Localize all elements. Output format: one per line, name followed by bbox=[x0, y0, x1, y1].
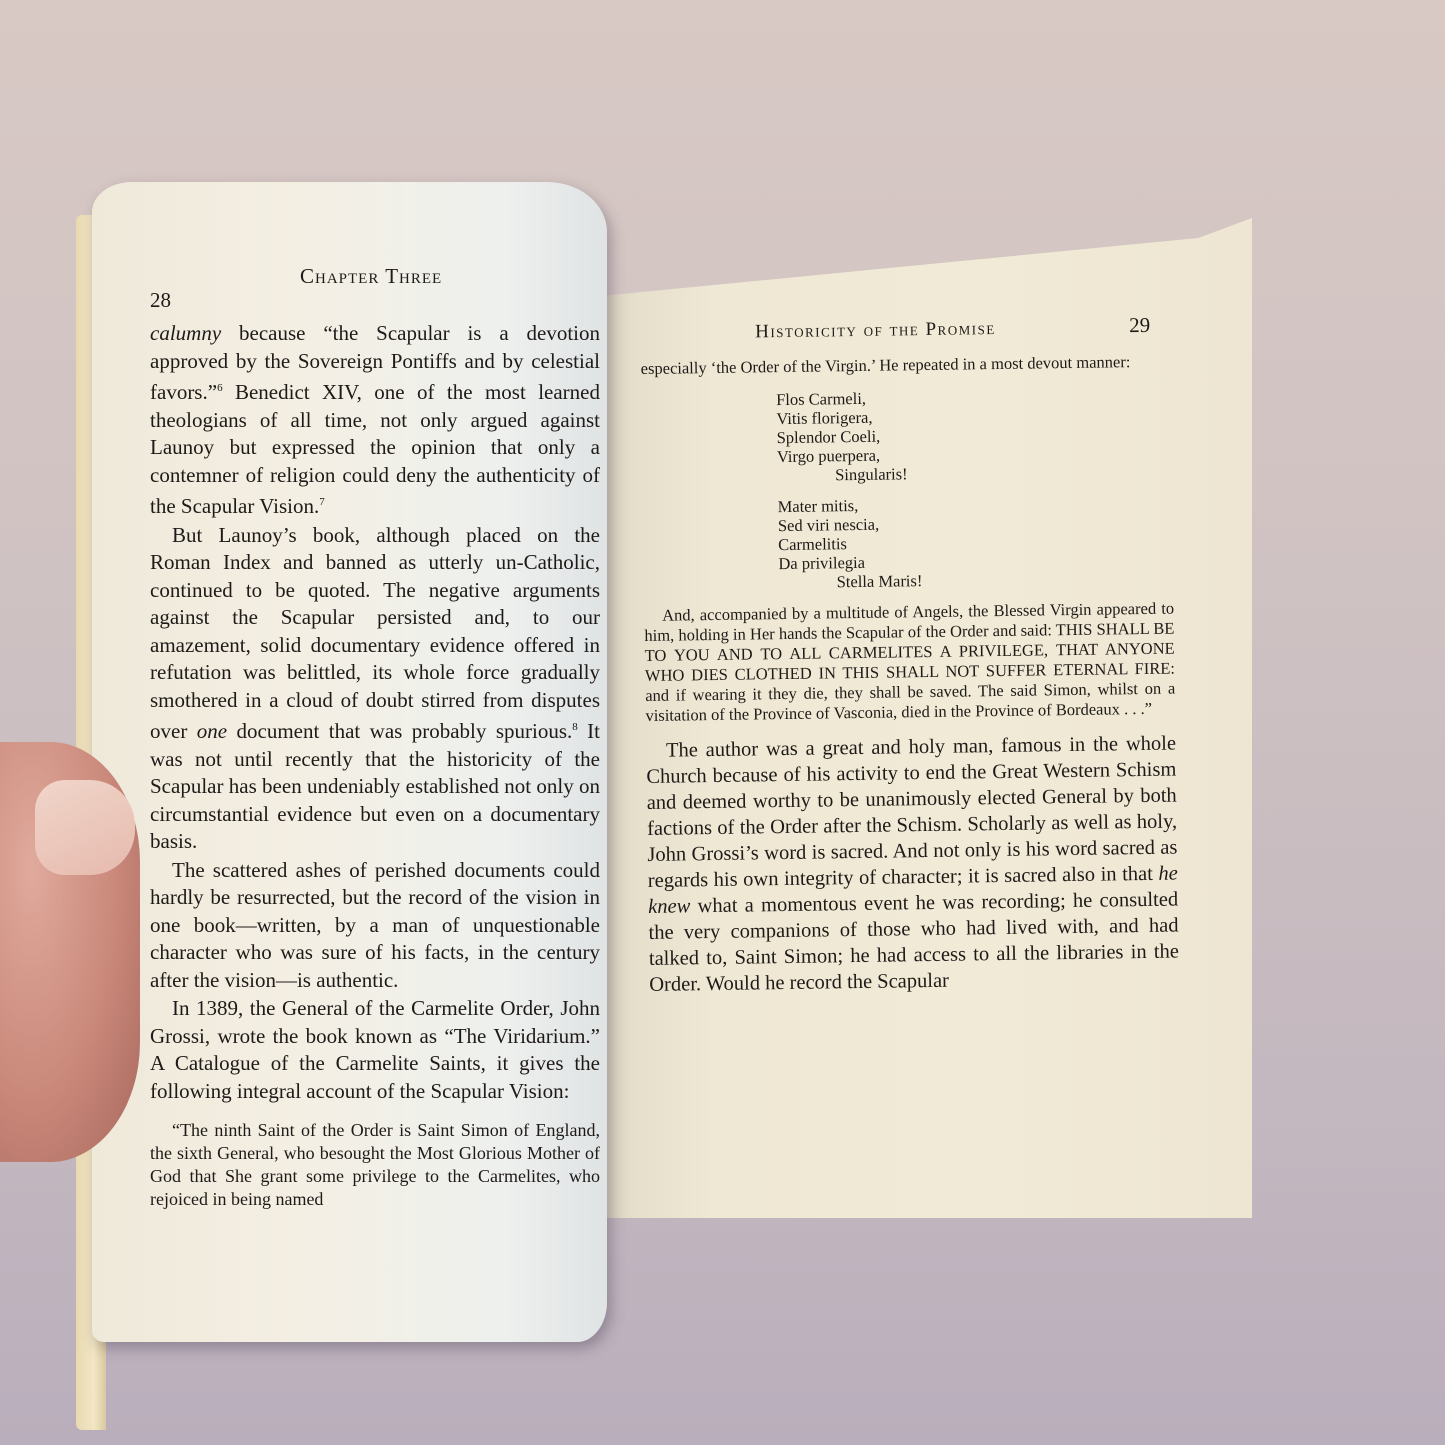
quote-vision-account: And, accompanied by a multitude of Angel… bbox=[644, 599, 1176, 726]
paragraph-1389: In 1389, the General of the Carmelite Or… bbox=[150, 995, 600, 1105]
quote-intro: especially ‘the Order of the Virgin.’ He… bbox=[641, 352, 1171, 378]
page-number-29: 29 bbox=[1129, 313, 1150, 338]
running-head-title: Historicity of the Promise bbox=[755, 318, 996, 343]
right-page: Historicity of the Promise 29 especially… bbox=[640, 313, 1180, 1019]
italic-word: one bbox=[197, 719, 227, 743]
running-head-left: Chapter Three 28 bbox=[150, 260, 600, 320]
body-text: document that was probably spurious. bbox=[227, 719, 572, 743]
body-text: But Launoy’s book, although placed on th… bbox=[150, 523, 600, 744]
paragraph-calumny: calumny because “the Scapular is a devot… bbox=[150, 320, 600, 521]
page-number-28: 28 bbox=[150, 288, 171, 313]
verse-stanza-2: Mater mitis, Sed viri nescia, Carmelitis… bbox=[777, 492, 1173, 593]
verse-stanza-1: Flos Carmeli, Vitis florigera, Splendor … bbox=[776, 385, 1172, 486]
latin-verse: Flos Carmeli, Vitis florigera, Splendor … bbox=[776, 385, 1174, 592]
book-photo-scene: Historicity of the Promise 29 especially… bbox=[0, 0, 1445, 1445]
chapter-title: Chapter Three bbox=[300, 264, 442, 289]
block-quote-ninth-saint: “The ninth Saint of the Order is Saint S… bbox=[150, 1119, 600, 1211]
italic-word: calumny bbox=[150, 321, 221, 345]
body-text: Benedict XIV, one of the most learned th… bbox=[150, 380, 600, 518]
verse-line-indented: Stella Maris! bbox=[779, 568, 1174, 593]
thumbnail bbox=[35, 780, 135, 875]
paragraph-launoy: But Launoy’s book, although placed on th… bbox=[150, 522, 600, 856]
paragraph-ashes: The scattered ashes of perished document… bbox=[150, 857, 600, 995]
footnote-marker: 7 bbox=[319, 496, 325, 508]
body-text: The author was a great and holy man, fam… bbox=[646, 733, 1177, 892]
body-paragraph-author: The author was a great and holy man, fam… bbox=[646, 731, 1180, 998]
left-page: Chapter Three 28 calumny because “the Sc… bbox=[150, 260, 600, 1211]
body-text: what a momentous event he was recording;… bbox=[648, 889, 1179, 996]
